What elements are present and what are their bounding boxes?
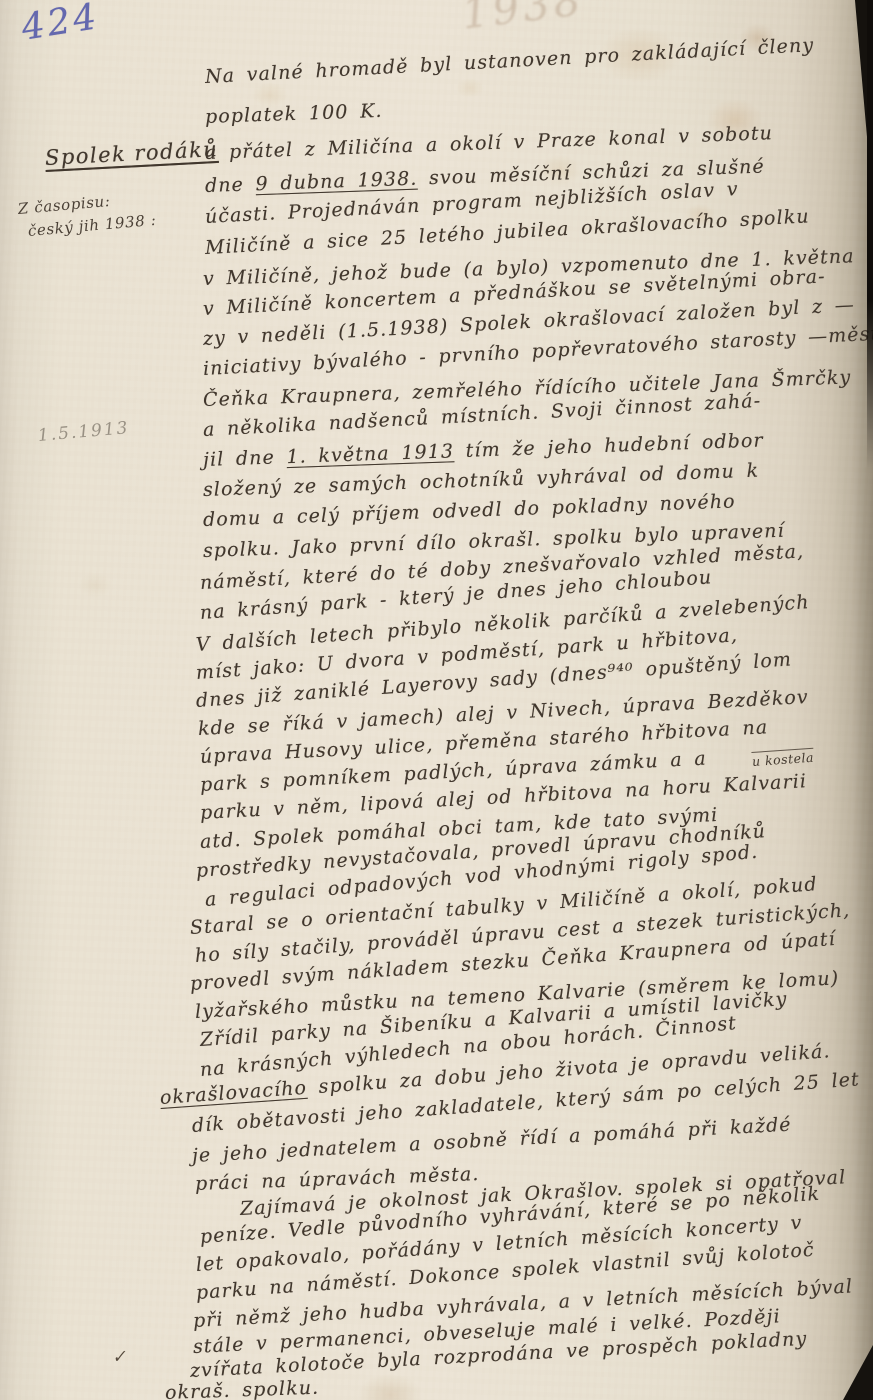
binding-edge-strip [867, 0, 873, 470]
manuscript-line: Na valné hromadě byl ustanoven pro zaklá… [204, 34, 814, 88]
manuscript-page: 424 1938 Spolek rodáků Z časopisu: český… [0, 0, 873, 1400]
manuscript-line: poplatek 100 K. [205, 100, 383, 128]
manuscript-lines: Na valné hromadě byl ustanoven pro zaklá… [0, 0, 873, 1400]
manuscript-line: okraš. spolku. [165, 1377, 320, 1400]
